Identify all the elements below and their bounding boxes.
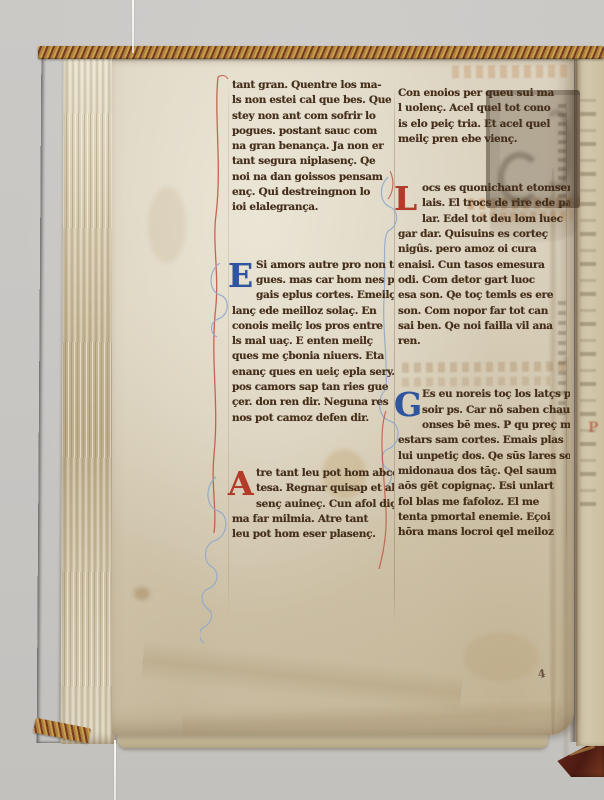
illuminated-initial-g: G xyxy=(394,388,418,421)
hanging-thread-top xyxy=(132,0,134,53)
manuscript-text-line: lais. El trocs de rire ede pa xyxy=(422,196,570,211)
manuscript-text-line: aōs gēt copignaç. Esi unlart xyxy=(398,479,570,494)
manuscript-text-line: estars sam cortes. Emais plas xyxy=(398,433,570,448)
manuscript-text-line: Con enoios per queu sui ma xyxy=(398,86,570,101)
parchment-stain xyxy=(148,187,186,263)
parchment-page: tant gran. Quentre los ma-ls non estei c… xyxy=(112,57,574,735)
manuscript-text-line: çer. don ren dir. Neguna res xyxy=(232,395,394,410)
manuscript-text-line: ls non estei cal que bes. Que xyxy=(232,93,394,108)
manuscript-text-line: nos pot camoz defen dir. xyxy=(232,411,394,426)
manuscript-text-line: lanç ede meilloz solaç. En xyxy=(232,304,394,319)
manuscript-text-line: tenta pmortal enemie. Eçoi xyxy=(398,510,570,525)
hanging-thread-bottom xyxy=(114,740,116,800)
text-block: ESi amors autre pro non ten-gues. mas ca… xyxy=(232,258,394,426)
manuscript-text-line: pos camors sap tan ries gue xyxy=(232,380,394,395)
manuscript-text-line: sai ben. Qe noi failla vil ana xyxy=(398,319,570,334)
text-block: GEs eu noreis toç los latçs pe-soir ps. … xyxy=(398,387,570,540)
quire-mark: 4 xyxy=(537,666,553,684)
text-block: Con enoios per queu sui mal uolenç. Acel… xyxy=(398,86,570,147)
manuscript-text-line: onses bē mes. P qu preç mai xyxy=(422,418,570,433)
manuscript-text-line: tant segura niplasenç. Qe xyxy=(232,154,394,169)
manuscript-text-line: son. Com nopor far tot can xyxy=(398,304,570,319)
manuscript-text-line: hōra mans locroi qel meiloz xyxy=(398,525,570,540)
manuscript-text-line: gar dar. Quisuins es corteç xyxy=(398,227,570,242)
manuscript-text-line: lui unpetiç dos. Qe sūs lares sol xyxy=(398,449,570,464)
manuscript-text-line: Si amors autre pro non ten- xyxy=(256,258,394,273)
parchment-crease xyxy=(182,698,563,739)
manuscript-text-line: noi na dan goissos pensam xyxy=(232,170,394,185)
header-showthrough xyxy=(452,64,568,78)
manuscript-text-line: ma far milmia. Atre tant xyxy=(232,512,394,527)
manuscript-text-line: is elo peiç tria. Et acel quel xyxy=(398,117,570,132)
text-column-right: Con enoios per queu sui mal uolenç. Acel… xyxy=(398,86,570,540)
manuscript-text-line: Es eu noreis toç los latçs pe- xyxy=(422,387,570,402)
manuscript-text-line: lar. Edel tot deu lom luec xyxy=(422,212,570,227)
manuscript-text-line: odi. Com detor gart luoc xyxy=(398,273,570,288)
manuscript-text-line: tesa. Regnar quisap et ab xyxy=(256,481,394,496)
manuscript-text-line: tant gran. Quentre los ma- xyxy=(232,78,394,93)
manuscript-text-line: ocs es quonichant etomsen xyxy=(422,181,570,196)
manuscript-text-line: nigûs. pero amoz oi cura xyxy=(398,242,570,257)
manuscript-text-line: esa son. Qe toç temls es ere xyxy=(398,288,570,303)
manuscript-text-line: stey non ant com sofrir lo xyxy=(232,109,394,124)
manuscript-text-line: soir ps. Car nõ saben chausi xyxy=(422,403,570,418)
illuminated-initial-e: E xyxy=(228,259,252,292)
manuscript-text-line: meilç pren ebe vienç. xyxy=(398,132,570,147)
parchment-stain xyxy=(464,633,538,681)
manuscript-text-line: fol blas me fafoloz. El me xyxy=(398,495,570,510)
manuscript-text-line: senç auineç. Cun afol diç xyxy=(256,497,394,512)
parchment-crease xyxy=(141,640,463,713)
penwork-flourish-left xyxy=(200,75,236,675)
manuscript-text-line: enaisi. Cun tasos emesura xyxy=(398,258,570,273)
manuscript-text-line: conois meilç los pros entre xyxy=(232,319,394,334)
facing-page-showthrough xyxy=(580,86,596,506)
manuscript-text-line: na gran benança. Ja non er xyxy=(232,139,394,154)
text-block: Atre tant leu pot hom abcoztesa. Regnar … xyxy=(232,466,394,542)
gilt-rope-top-edge xyxy=(38,46,604,59)
manuscript-text-line: gues. mas car hom nes plus xyxy=(256,273,394,288)
text-block: tant gran. Quentre los ma-ls non estei c… xyxy=(232,78,394,216)
facing-page-ghost-initial: P xyxy=(588,420,602,440)
manuscript-text-line: ls mal uaç. E enten meilç xyxy=(232,334,394,349)
manuscript-text-line: enanç ques en ueiç epla sery. xyxy=(232,365,394,380)
text-column-left: tant gran. Quentre los ma-ls non estei c… xyxy=(232,78,394,542)
fore-edge-page-stack xyxy=(60,56,119,744)
text-block: Locs es quonichant etomsenlais. El trocs… xyxy=(398,181,570,349)
manuscript-text-line: l uolenç. Acel quel tot cono xyxy=(398,101,570,116)
manuscript-photo-scene: P xyxy=(0,0,604,800)
manuscript-text-line: tre tant leu pot hom abcoz xyxy=(256,466,394,481)
parchment-stain xyxy=(134,587,150,600)
manuscript-text-line: ioi elalegrança. xyxy=(232,200,394,215)
facing-page-edge: P xyxy=(576,46,604,746)
illuminated-initial-l: L xyxy=(394,182,418,215)
manuscript-text-line: ren. xyxy=(398,334,570,349)
manuscript-text-line: ques me çbonia niuers. Eta xyxy=(232,349,394,364)
illuminated-initial-a: A xyxy=(228,467,252,500)
manuscript-text-line: gais eplus cortes. Emeilç par xyxy=(256,288,394,303)
manuscript-text-line: enç. Qui destreingnon lo xyxy=(232,185,394,200)
manuscript-text-line: leu pot hom eser plasenç. xyxy=(232,527,394,542)
manuscript-text-line: midonaua dos tāç. Qel saum xyxy=(398,464,570,479)
manuscript-text-line: pogues. postant sauc com xyxy=(232,124,394,139)
